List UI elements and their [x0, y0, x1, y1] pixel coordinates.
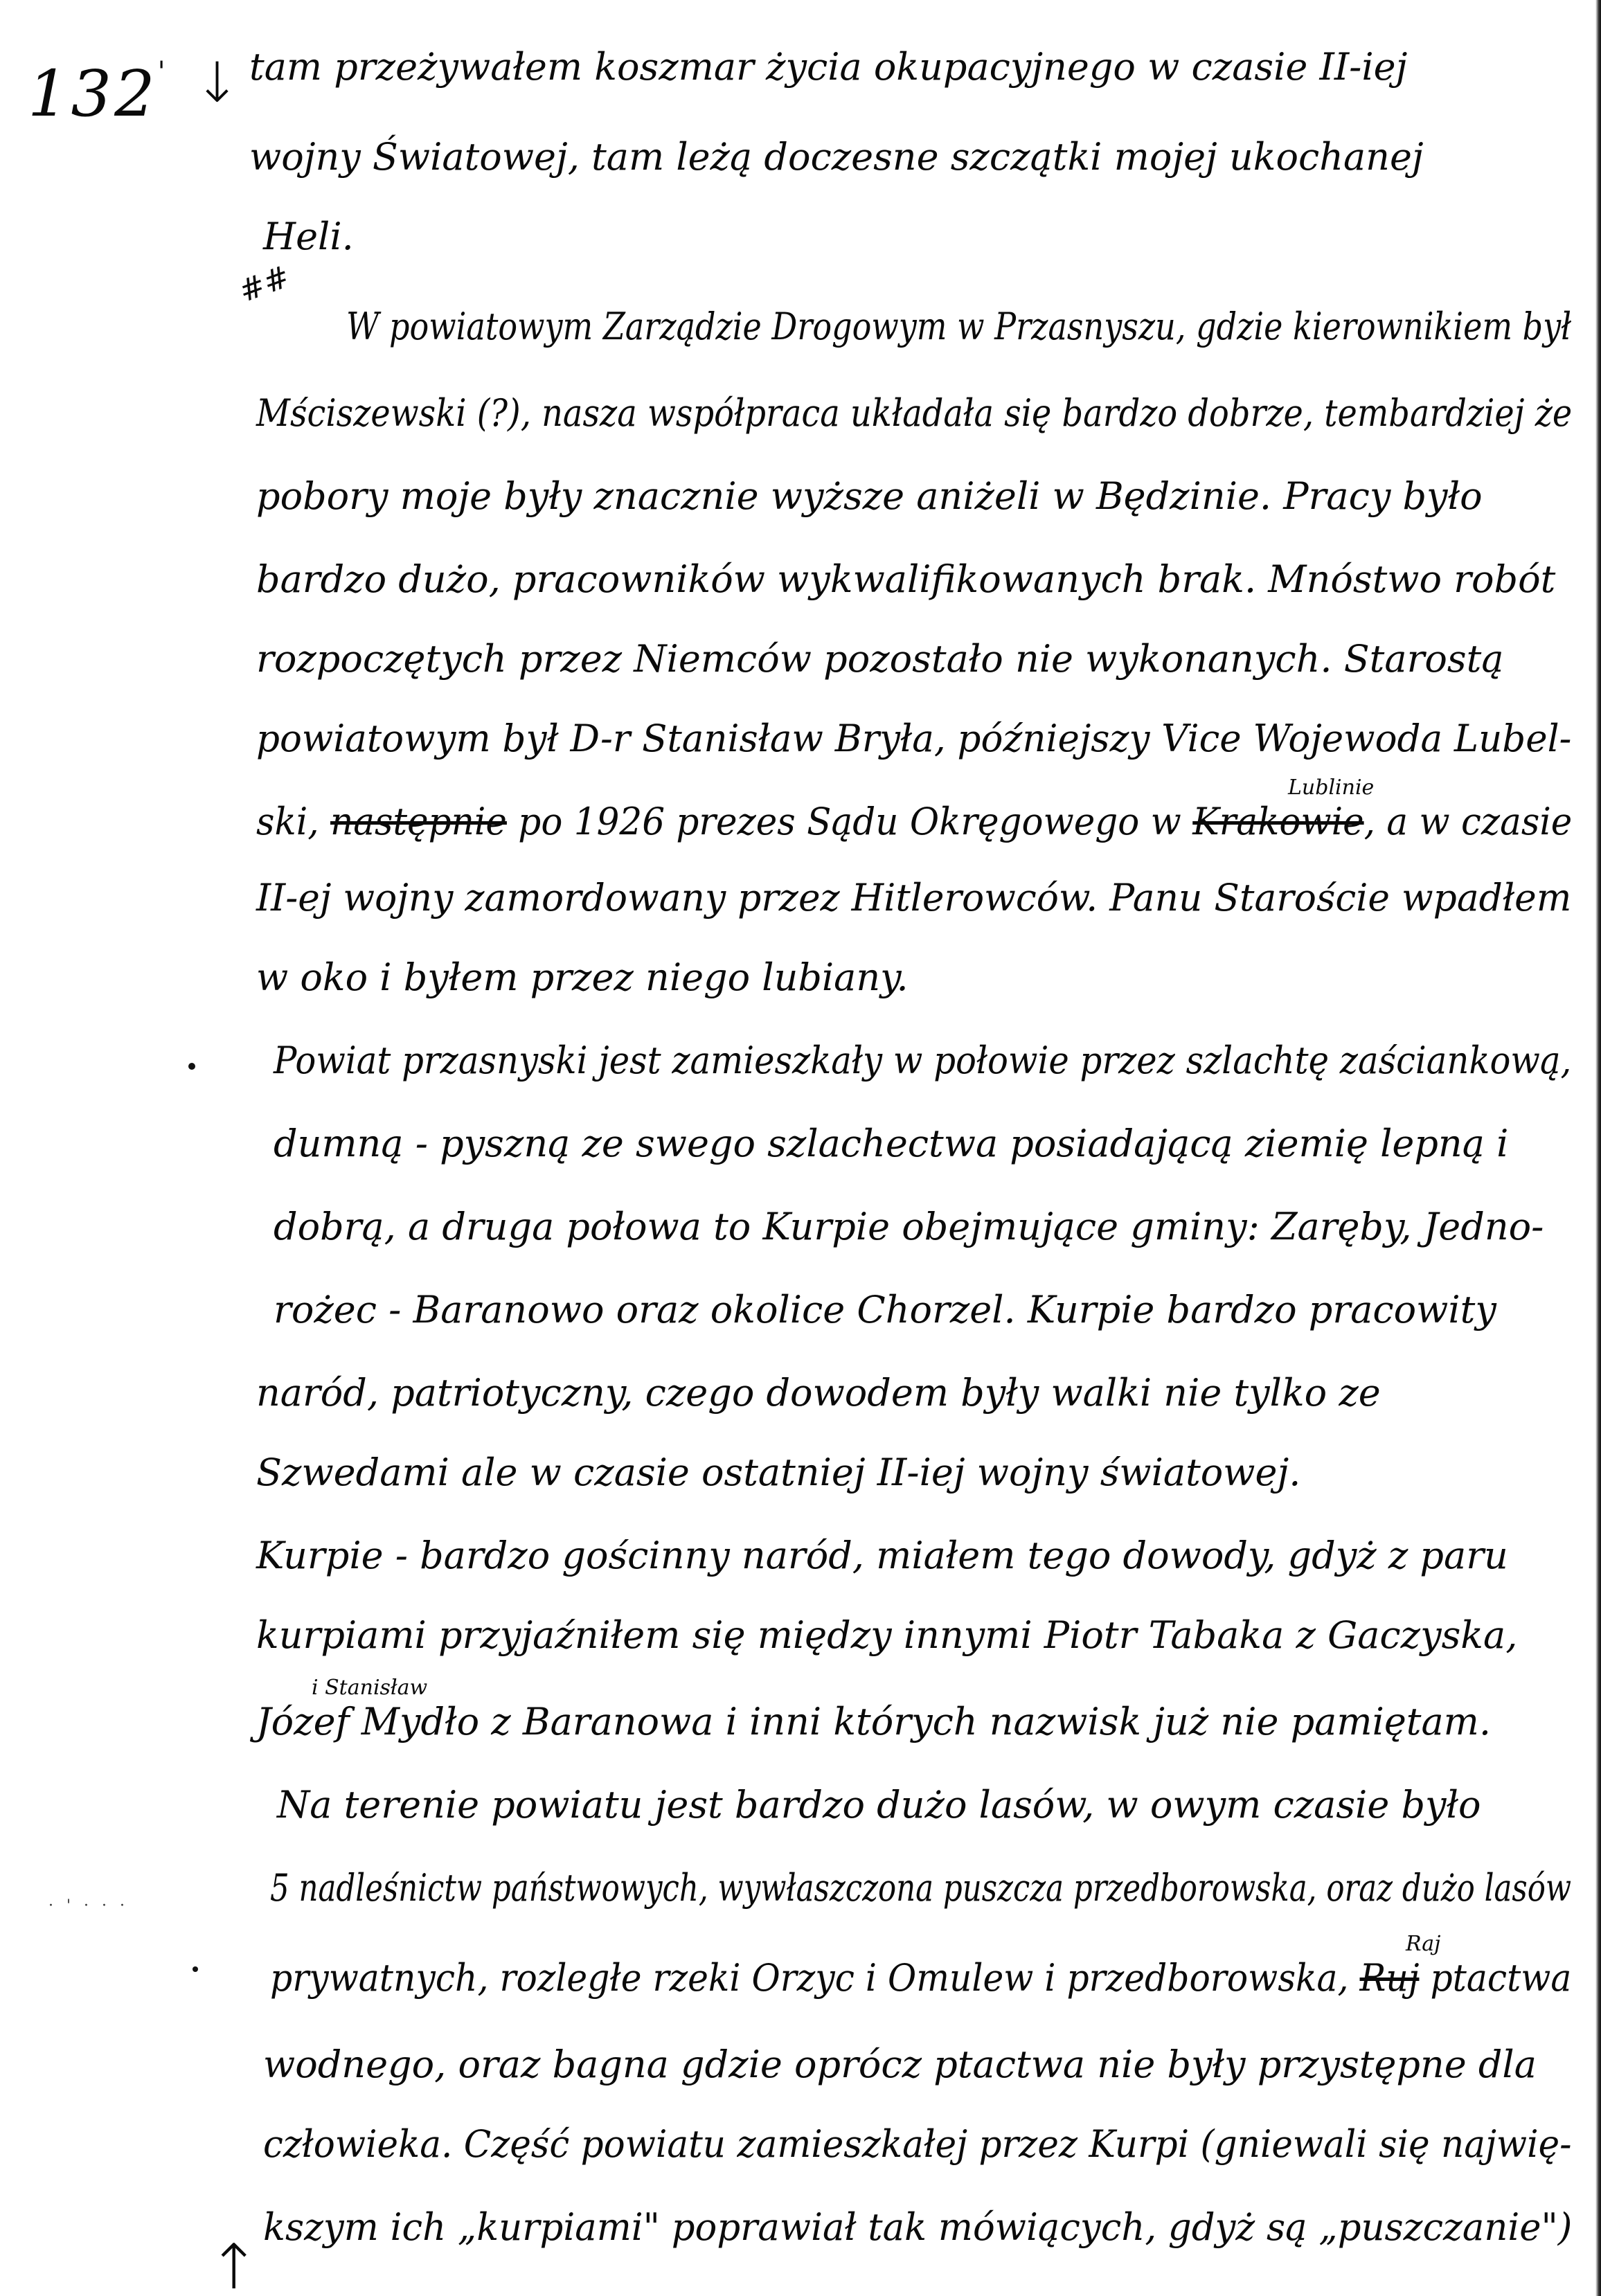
text-line-22: Na terenie powiatu jest bardzo dużo lasó… [277, 1786, 1481, 1824]
text-line-10: ski, następnie po 1926 prezes Sądu Okręg… [256, 803, 1572, 841]
arrow-down-icon: ↓ [194, 55, 240, 111]
text-line-15: dobrą, a druga połowa to Kurpie obejmują… [274, 1208, 1544, 1246]
text-line-12: w oko i byłem przez niego lubiany. [256, 959, 909, 996]
text-line-1: tam przeżywałem koszmar życia okupacyjne… [249, 48, 1407, 86]
text-line-23: 5 nadleśnictw państwowych, wywłaszczona … [270, 1869, 1571, 1907]
struck-word: Ruj [1360, 1956, 1420, 2000]
page-number: 132' [28, 62, 168, 126]
text-line-6: pobory moje były znacznie wyższe aniżeli… [256, 478, 1483, 515]
inserted-word-stanislaw: i Stanisław [312, 1676, 427, 1700]
inserted-word-raj: Raj [1406, 1932, 1440, 1956]
text-line-16: rożec - Baranowo oraz okolice Chorzel. K… [274, 1291, 1496, 1329]
text-segment: ptactwa [1419, 1956, 1571, 2000]
text-line-24: prywatnych, rozległe rzeki Orzyc i Omule… [270, 1959, 1571, 1997]
text-line-9: powiatowym był D-r Stanisław Bryła, późn… [256, 720, 1571, 757]
struck-word: Krakowie [1192, 800, 1363, 843]
page-number-value: 132 [28, 57, 158, 131]
text-line-18: Szwedami ale w czasie ostatniej II-iej w… [256, 1454, 1300, 1491]
text-segment: po 1926 prezes Sądu Okręgowego w [507, 800, 1192, 843]
margin-dot [188, 1063, 195, 1070]
struck-word: następnie [330, 800, 507, 843]
page-edge-shadow [1595, 0, 1601, 2296]
text-line-19: Kurpie - bardzo gościnny naród, miałem t… [256, 1537, 1508, 1575]
manuscript-page: 132' ↓ ## · ' · · · tam przeżywałem kosz… [0, 0, 1601, 2296]
paragraph-mark: ## [235, 259, 295, 310]
inserted-word-lublinie: Lublinie [1288, 775, 1374, 800]
text-line-11: II-ej wojny zamordowany przez Hitlerowcó… [256, 879, 1571, 917]
text-line-14: dumną - pyszną ze swego szlachectwa posi… [274, 1125, 1508, 1163]
text-line-25: wodnego, oraz bagna gdzie oprócz ptactwa… [263, 2046, 1537, 2083]
text-line-27: kszym ich „kurpiami" poprawiał tak mówią… [263, 2209, 1572, 2246]
text-line-2: wojny Światowej, tam leżą doczesne szczą… [249, 138, 1424, 176]
text-line-7: bardzo dużo, pracowników wykwalifikowany… [256, 561, 1555, 598]
text-segment: ski, [256, 800, 330, 843]
text-line-20: kurpiami przyjaźniłem się między innymi … [256, 1617, 1517, 1654]
text-line-8: rozpoczętych przez Niemców pozostało nie… [256, 640, 1504, 678]
text-line-13: Powiat przasnyski jest zamieszkały w poł… [274, 1042, 1571, 1079]
text-line-4: W powiatowym Zarządzie Drogowym w Przasn… [346, 308, 1571, 346]
text-line-5: Mściszewski (?), nasza współpraca układa… [256, 395, 1572, 432]
text-line-26: człowieka. Część powiatu zamieszkałej pr… [263, 2126, 1572, 2163]
margin-smudge: · ' · · · [48, 1897, 129, 1914]
page-number-tick: ' [158, 56, 168, 88]
text-line-21: Józef Mydło z Baranowa i inni których na… [256, 1703, 1491, 1741]
text-segment: prywatnych, rozległe rzeki Orzyc i Omule… [270, 1956, 1360, 2000]
text-segment: , a w czasie [1364, 800, 1573, 843]
text-line-3: Heli. [263, 218, 354, 255]
arrow-up-icon: ↑ [208, 2236, 260, 2296]
margin-dot [193, 1966, 198, 1972]
text-line-17: naród, patriotyczny, czego dowodem były … [256, 1374, 1381, 1412]
